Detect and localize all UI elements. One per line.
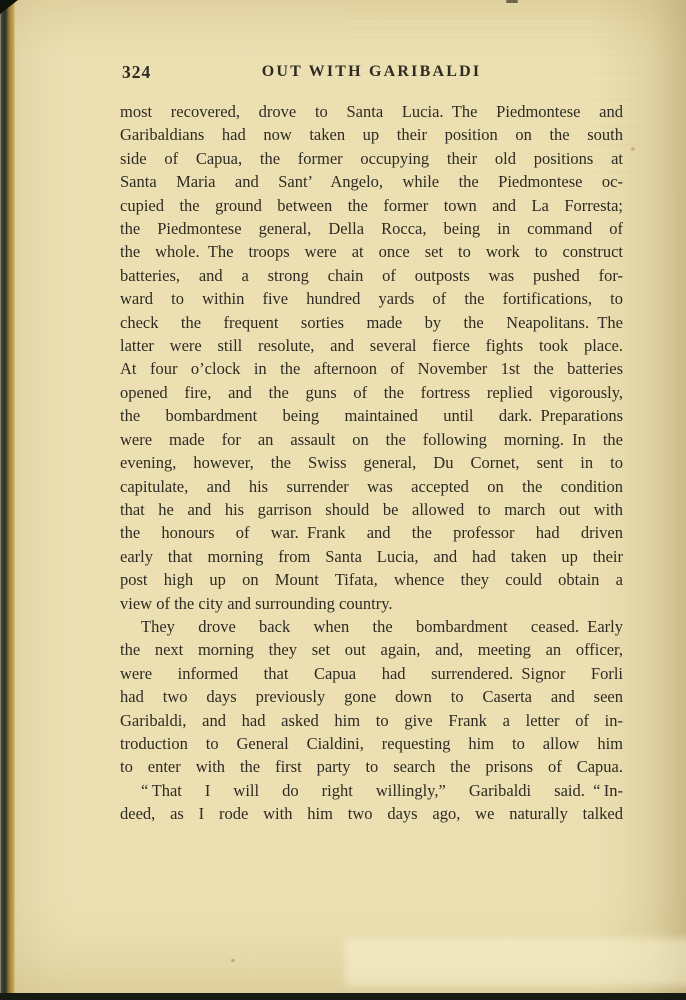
scan-artifact-dash bbox=[506, 0, 518, 3]
text-line: ward to within five hundred yards of the… bbox=[120, 287, 623, 310]
text-line: view of the city and surrounding country… bbox=[120, 592, 623, 615]
text-line: Santa Maria and Sant’ Angelo, while the … bbox=[120, 170, 623, 193]
text-line: troduction to General Cialdini, requesti… bbox=[120, 732, 623, 755]
text-line: most recovered, drove to Santa Lucia. Th… bbox=[120, 100, 623, 123]
text-line: “ That I will do right willingly,” Garib… bbox=[120, 779, 623, 802]
text-line: latter were still resolute, and several … bbox=[120, 334, 623, 357]
text-line: early that morning from Santa Lucia, and… bbox=[120, 545, 623, 568]
body-text: most recovered, drove to Santa Lucia. Th… bbox=[120, 100, 623, 826]
text-line: deed, as I rode with him two days ago, w… bbox=[120, 802, 623, 825]
text-line: were made for an assault on the followin… bbox=[120, 428, 623, 451]
text-line: side of Capua, the former occupying thei… bbox=[120, 147, 623, 170]
text-line: that he and his garrison should be allow… bbox=[120, 498, 623, 521]
text-line: the bombardment being maintained until d… bbox=[120, 404, 623, 427]
scan-bottom-border bbox=[0, 993, 686, 1000]
text-line: to enter with the first party to search … bbox=[120, 755, 623, 778]
text-line: had two days previously gone down to Cas… bbox=[120, 685, 623, 708]
page-header: 324 OUT WITH GARIBALDI bbox=[120, 62, 623, 82]
text-line: Garibaldians had now taken up their posi… bbox=[120, 123, 623, 146]
book-page-scan: 324 OUT WITH GARIBALDI most recovered, d… bbox=[0, 0, 686, 1000]
text-line: batteries, and a strong chain of outpost… bbox=[120, 264, 623, 287]
text-line: the honours of war. Frank and the profes… bbox=[120, 521, 623, 544]
paper-speck bbox=[631, 147, 635, 151]
paper-speck bbox=[231, 959, 235, 962]
text-line: the next morning they set out again, and… bbox=[120, 638, 623, 661]
text-line: They drove back when the bombardment cea… bbox=[120, 615, 623, 638]
text-line: the whole. The troops were at once set t… bbox=[120, 240, 623, 263]
text-line: evening, however, the Swiss general, Du … bbox=[120, 451, 623, 474]
text-line: At four o’clock in the afternoon of Nove… bbox=[120, 357, 623, 380]
text-line: post high up on Mount Tifata, whence the… bbox=[120, 568, 623, 591]
scan-streak-bottom bbox=[345, 938, 686, 986]
running-title: OUT WITH GARIBALDI bbox=[120, 63, 623, 81]
text-line: capitulate, and his surrender was accept… bbox=[120, 475, 623, 498]
text-line: check the frequent sorties made by the N… bbox=[120, 311, 623, 334]
text-line: opened fire, and the guns of the fortres… bbox=[120, 381, 623, 404]
text-line: were informed that Capua had surrendered… bbox=[120, 662, 623, 685]
page-edge-stack bbox=[0, 0, 15, 1000]
text-line: the Piedmontese general, Della Rocca, be… bbox=[120, 217, 623, 240]
text-line: cupied the ground between the former tow… bbox=[120, 194, 623, 217]
text-line: Garibaldi, and had asked him to give Fra… bbox=[120, 709, 623, 732]
